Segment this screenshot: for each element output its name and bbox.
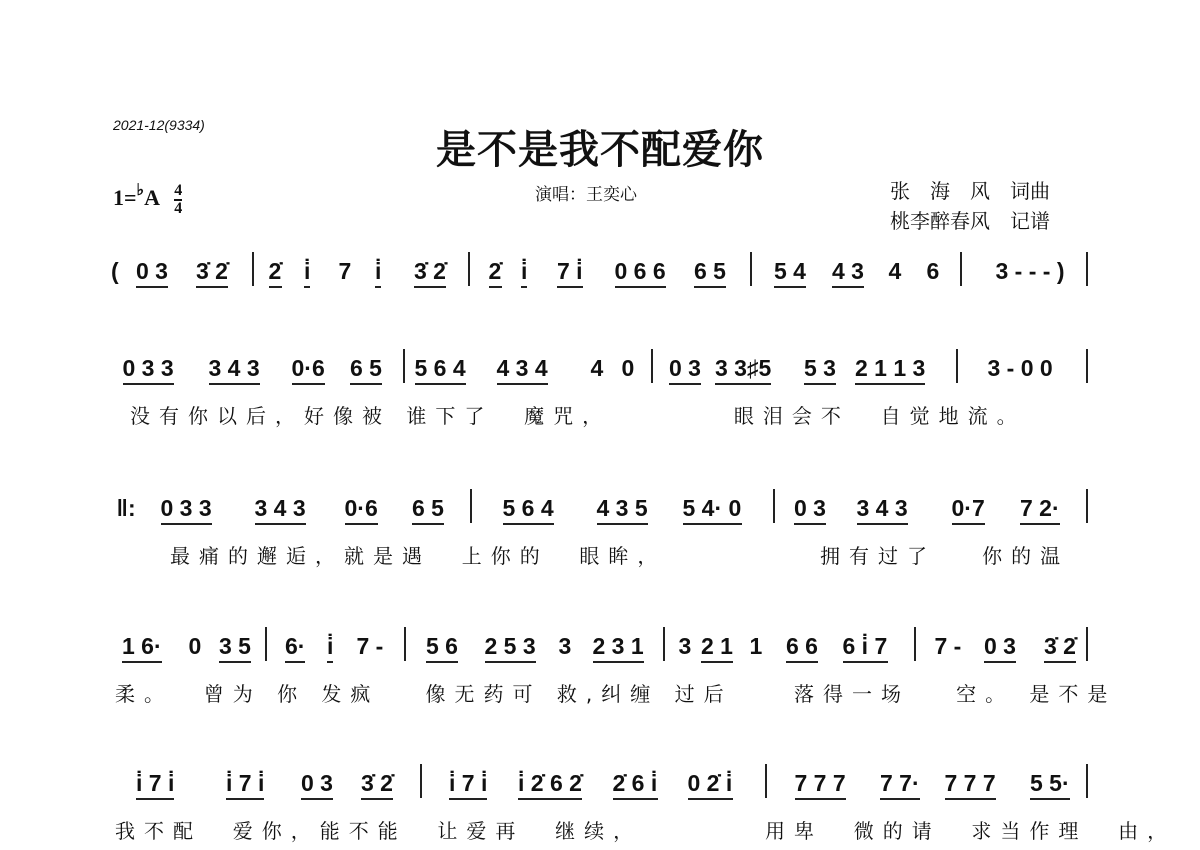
note-group: 7 2· xyxy=(1020,495,1060,521)
note-group: 6 5 xyxy=(350,355,382,381)
underline-beam xyxy=(497,383,548,385)
time-signature: 4 4 xyxy=(174,183,182,217)
barline xyxy=(651,349,653,383)
note-group: 4 xyxy=(889,258,902,284)
note-group: 3 xyxy=(679,633,692,659)
barline xyxy=(773,489,775,523)
note-group: 7 7 7 xyxy=(945,770,996,796)
underline-beam xyxy=(683,523,742,525)
note-group: 4 3 xyxy=(832,258,864,284)
note-group: i̇ xyxy=(521,258,527,284)
note-group: 6 i̇ 7 xyxy=(843,633,888,659)
underline-beam xyxy=(615,286,666,288)
underline-beam xyxy=(613,798,658,800)
key-note: A xyxy=(144,185,159,210)
underline-beam xyxy=(269,286,282,288)
underline-beam xyxy=(219,661,251,663)
note-group: i̇ 7 i̇ xyxy=(449,770,487,796)
underline-beam xyxy=(375,286,381,288)
note-group: 3 - - - ) xyxy=(996,258,1065,284)
underline-beam xyxy=(593,661,644,663)
note-group: 5 6 4 xyxy=(415,355,466,381)
underline-beam xyxy=(301,798,333,800)
lyric-line: 最痛的邂逅，就是遇 上你的 眼眸， 拥有过了 你的温 xyxy=(170,540,1069,569)
note-group: 2̇ xyxy=(489,258,502,284)
note-group: 3̇ 2̇ xyxy=(361,770,393,796)
underline-beam xyxy=(688,798,733,800)
note-group: 3 xyxy=(559,633,572,659)
barline xyxy=(914,627,916,661)
underline-beam xyxy=(485,661,536,663)
underline-beam xyxy=(412,523,444,525)
barline xyxy=(663,627,665,661)
underline-beam xyxy=(701,661,733,663)
underline-beam xyxy=(786,661,818,663)
underline-beam xyxy=(345,523,378,525)
underline-beam xyxy=(449,798,487,800)
barline xyxy=(1086,252,1088,286)
note-group: ‖: xyxy=(117,495,136,521)
note-group: 2 5 3 xyxy=(485,633,536,659)
note-group: i̇ 2̇ 6 2̇ xyxy=(518,770,582,796)
note-group: 0 2̇ i̇ xyxy=(688,770,733,796)
underline-beam xyxy=(255,523,306,525)
underline-beam xyxy=(521,286,527,288)
note-group: 0 3 xyxy=(669,355,701,381)
note-group: 2̇ xyxy=(269,258,282,284)
note-group: 7 7· xyxy=(880,770,920,796)
note-group: 0 3 3 xyxy=(123,355,174,381)
note-group: 0 xyxy=(622,355,635,381)
underline-beam xyxy=(857,523,908,525)
note-group: 2̇ 6 i̇ xyxy=(613,770,658,796)
note-group: 3̇ 2̇ xyxy=(414,258,446,284)
note-group: ( xyxy=(111,258,119,284)
barline xyxy=(1086,349,1088,383)
barline xyxy=(765,764,767,798)
underline-beam xyxy=(843,661,888,663)
note-group: 7 xyxy=(339,258,352,284)
note-group: 2 3 1 xyxy=(593,633,644,659)
underline-beam xyxy=(196,286,228,288)
barline xyxy=(750,252,752,286)
note-group: 3̇ 2̇ xyxy=(1044,633,1076,659)
underline-beam xyxy=(557,286,583,288)
underline-beam xyxy=(518,798,582,800)
note-group: 5 5· xyxy=(1030,770,1070,796)
barline xyxy=(403,349,405,383)
note-group: i̇ xyxy=(375,258,381,284)
note-group: 2 1 xyxy=(701,633,733,659)
underline-beam xyxy=(945,798,996,800)
barline xyxy=(404,627,406,661)
underline-beam xyxy=(1020,523,1060,525)
underline-beam xyxy=(489,286,502,288)
note-group: 5 4 xyxy=(774,258,806,284)
note-group: i̇ 7 i̇ xyxy=(136,770,174,796)
barline xyxy=(1086,627,1088,661)
note-group: i̇ 7 i̇ xyxy=(226,770,264,796)
singer-credit: 演唱：王奕心 xyxy=(535,180,637,205)
note-group: i̇ xyxy=(304,258,310,284)
barline xyxy=(468,252,470,286)
barline xyxy=(1086,489,1088,523)
note-group: 2 1 1 3 xyxy=(855,355,925,381)
note-group: 0·6 xyxy=(345,495,378,521)
key-prefix: 1= xyxy=(113,185,137,210)
note-group: 3 4 3 xyxy=(857,495,908,521)
note-group: 3 3♯5 xyxy=(715,355,771,381)
barline xyxy=(960,252,962,286)
underline-beam xyxy=(136,286,168,288)
note-group: 0·7 xyxy=(952,495,985,521)
underline-beam xyxy=(597,523,648,525)
underline-beam xyxy=(855,383,925,385)
note-group: 5 3 xyxy=(804,355,836,381)
underline-beam xyxy=(123,383,174,385)
note-group: 0 3 3 xyxy=(161,495,212,521)
note-group: 7 i̇ xyxy=(557,258,583,284)
underline-beam xyxy=(715,383,771,385)
underline-beam xyxy=(774,286,806,288)
underline-beam xyxy=(1030,798,1070,800)
underline-beam xyxy=(415,383,466,385)
note-group: 6 6 xyxy=(786,633,818,659)
underline-beam xyxy=(1044,661,1076,663)
underline-beam xyxy=(292,383,325,385)
key-signature: 1=♭A 4 4 xyxy=(113,180,182,217)
note-group: 4 3 5 xyxy=(597,495,648,521)
lyric-line: 柔。 曾为 你 发疯 像无药可 救,纠缠 过后 落得一场 空。 是不是 xyxy=(115,678,1116,707)
note-group: 0·6 xyxy=(292,355,325,381)
underline-beam xyxy=(794,523,826,525)
barline xyxy=(470,489,472,523)
note-group: 0 3 xyxy=(136,258,168,284)
note-group: 7 - xyxy=(935,633,962,659)
note-group: 3̇ 2̇ xyxy=(196,258,228,284)
note-group: i̇ xyxy=(327,633,333,659)
note-group: 3 - 0 0 xyxy=(988,355,1053,381)
note-group: 7 7 7 xyxy=(795,770,846,796)
barline xyxy=(956,349,958,383)
underline-beam xyxy=(161,523,212,525)
underline-beam xyxy=(503,523,554,525)
underline-beam xyxy=(694,286,726,288)
underline-beam xyxy=(952,523,985,525)
underline-beam xyxy=(880,798,920,800)
note-group: 0 3 xyxy=(984,633,1016,659)
transcriber-credit: 桃李醉春风 记谱 xyxy=(890,206,1050,236)
underline-beam xyxy=(209,383,260,385)
flat-icon: ♭ xyxy=(137,182,145,199)
note-group: 0 3 xyxy=(301,770,333,796)
note-group: 7 - xyxy=(357,633,384,659)
composer-credit: 张 海 风 词曲 xyxy=(890,176,1050,206)
underline-beam xyxy=(832,286,864,288)
barline xyxy=(252,252,254,286)
underline-beam xyxy=(327,661,333,663)
note-group: 5 6 xyxy=(426,633,458,659)
note-group: 4 3 4 xyxy=(497,355,548,381)
note-group: 1 xyxy=(750,633,763,659)
time-denominator: 4 xyxy=(174,200,182,217)
lyric-line: 没有你以后，好像被 谁下了 魔咒， 眼泪会不 自觉地流。 xyxy=(130,400,1026,429)
note-group: 0 xyxy=(189,633,202,659)
underline-beam xyxy=(285,661,305,663)
underline-beam xyxy=(136,798,174,800)
underline-beam xyxy=(304,286,310,288)
note-group: 5 4· 0 xyxy=(683,495,742,521)
underline-beam xyxy=(426,661,458,663)
note-group: 3 4 3 xyxy=(209,355,260,381)
note-group: 5 6 4 xyxy=(503,495,554,521)
time-numerator: 4 xyxy=(174,183,182,201)
underline-beam xyxy=(226,798,264,800)
underline-beam xyxy=(804,383,836,385)
note-group: 6 xyxy=(927,258,940,284)
underline-beam xyxy=(361,798,393,800)
note-group: 0 3 xyxy=(794,495,826,521)
barline xyxy=(420,764,422,798)
underline-beam xyxy=(414,286,446,288)
note-group: 1 6· xyxy=(122,633,162,659)
note-group: 0 6 6 xyxy=(615,258,666,284)
underline-beam xyxy=(669,383,701,385)
underline-beam xyxy=(984,661,1016,663)
note-group: 4 xyxy=(591,355,604,381)
note-group: 3 5 xyxy=(219,633,251,659)
underline-beam xyxy=(350,383,382,385)
underline-beam xyxy=(795,798,846,800)
note-group: 6· xyxy=(285,633,305,659)
note-group: 6 5 xyxy=(412,495,444,521)
barline xyxy=(265,627,267,661)
note-group: 6 5 xyxy=(694,258,726,284)
lyric-line: 我不配 爱你，能不能 让爱再 继续， 用卑 微的请 求当作理 由， xyxy=(115,815,1176,844)
note-group: 3 4 3 xyxy=(255,495,306,521)
barline xyxy=(1086,764,1088,798)
song-title: 是不是我不配爱你 xyxy=(0,118,1200,175)
underline-beam xyxy=(122,661,162,663)
